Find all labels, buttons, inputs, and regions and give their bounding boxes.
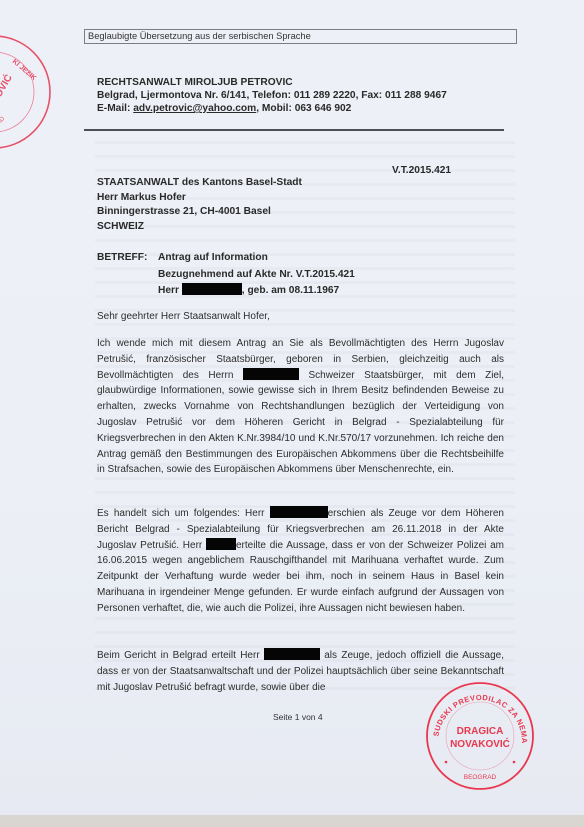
mobile-number: , Mobil: 063 646 902 [256, 103, 351, 114]
page-number: Seite 1 von 4 [273, 712, 323, 722]
certified-translation-header: Beglaubigte Übersetzung aus der serbisch… [84, 29, 517, 44]
recipient-line: Binningerstrasse 21, CH-4001 Basel [97, 205, 302, 220]
lawyer-address: Belgrad, Ljermontova Nr. 6/141, Telefon:… [97, 89, 447, 102]
scan-edge [0, 815, 584, 827]
svg-text:NOVAKOVIĆ: NOVAKOVIĆ [450, 737, 510, 750]
translator-stamp-icon: SUDSKI PREVODILAC ZA NEMAČKI JEZIK DRAGI… [424, 680, 536, 792]
email-link[interactable]: adv.petrovic@yahoo.com [133, 103, 256, 114]
body-paragraph: Es handelt sich um folgendes: Herr ersch… [97, 506, 504, 617]
letterhead: RECHTSANWALT MIROLJUB PETROVIC Belgrad, … [97, 76, 447, 115]
recipient-line: STAATSANWALT des Kantons Basel-Stadt [97, 176, 302, 191]
svg-text:DRAGICA: DRAGICA [457, 726, 504, 737]
letterhead-divider [84, 129, 504, 131]
svg-text:BEOGRAD: BEOGRAD [0, 115, 6, 141]
lawyer-name: RECHTSANWALT MIROLJUB PETROVIC [97, 76, 447, 89]
subject-line: Herr , geb. am 08.11.1967 [158, 283, 355, 300]
redaction-bar [264, 648, 320, 660]
redaction-bar [206, 538, 236, 550]
subject-line: Bezugnehmend auf Akte Nr. V.T.2015.421 [158, 267, 355, 284]
reference-number: V.T.2015.421 [392, 165, 451, 176]
redaction-bar [182, 283, 242, 295]
subject-line: Antrag auf Information [158, 250, 355, 267]
svg-text:OVIĆ: OVIĆ [0, 72, 15, 100]
body-paragraph: Ich wende mich mit diesem Antrag an Sie … [97, 336, 504, 478]
redaction-bar [243, 368, 299, 380]
svg-text:BEOGRAD: BEOGRAD [464, 774, 497, 781]
redaction-bar [270, 506, 328, 518]
recipient-line: SCHWEIZ [97, 220, 302, 235]
subject-label: BETREFF: [97, 250, 159, 267]
recipient-line: Herr Markus Hofer [97, 191, 302, 206]
recipient-address: STAATSANWALT des Kantons Basel-Stadt Her… [97, 176, 302, 234]
salutation: Sehr geehrter Herr Staatsanwalt Hofer, [97, 311, 270, 322]
translator-stamp-partial-icon: KI JEZIK OVIĆ BEOGRAD [0, 30, 56, 154]
document-page: Beglaubigte Übersetzung aus der serbisch… [0, 0, 584, 815]
email-label: E-Mail: [97, 103, 133, 114]
lawyer-contact: E-Mail: adv.petrovic@yahoo.com, Mobil: 0… [97, 102, 447, 115]
